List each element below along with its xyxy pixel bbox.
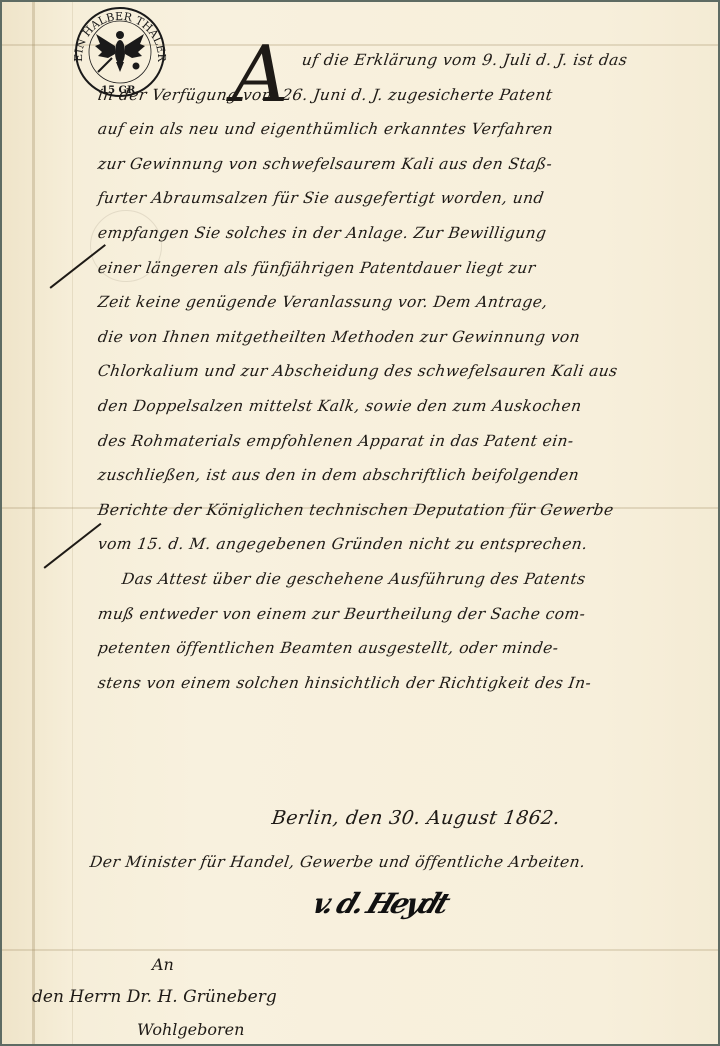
body-line: Chlorkalium und zur Abscheidung des schw… [97,362,619,380]
body-line: zuschließen, ist aus den in dem abschrif… [97,466,581,484]
body-line: uf die Erklärung vom 9. Juli d. J. ist d… [301,51,629,69]
fold-crease-vertical [32,2,35,1046]
body-line: einer längeren als fünfjährigen Patentda… [97,259,537,277]
body-line: des Rohmaterials empfohlenen Apparat in … [97,432,575,450]
body-line: den Doppelsalzen mittelst Kalk, sowie de… [97,397,583,415]
body-line: muß entweder von einem zur Beurtheilung … [97,605,587,623]
body-line: stens von einem solchen hinsichtlich der… [97,674,593,692]
fold-crease-horizontal [2,949,720,951]
body-line: Berichte der Königlichen technischen Dep… [97,501,615,519]
body-line: in der Verfügung vom 26. Juni d. J. zuge… [97,86,554,104]
place-date: Berlin, den 30. August 1862. [270,807,561,829]
address-prefix: An [152,955,174,974]
sender-title: Der Minister für Handel, Gewerbe und öff… [89,853,587,871]
decorative-initial: A [232,30,288,120]
body-line: furter Abraumsalzen für Sie ausgefertigt… [97,189,545,207]
tax-stamp-icon: EIN HALBER THALER 15 GR. [68,4,172,98]
body-line: auf ein als neu und eigenthümlich erkann… [97,120,555,138]
body-line: empfangen Sie solches in der Anlage. Zur… [97,224,548,242]
body-line: Das Attest über die geschehene Ausführun… [121,570,587,588]
body-line: zur Gewinnung von schwefelsaurem Kali au… [97,155,554,173]
letter-page: EIN HALBER THALER 15 GR. A uf die Erklär… [0,0,720,1046]
body-line: die von Ihnen mitgetheilten Methoden zur… [97,328,582,346]
body-line: petenten öffentlichen Beamten ausgestell… [97,639,560,657]
body-line: vom 15. d. M. angegebenen Gründen nicht … [97,535,589,553]
fold-crease-vertical-2 [72,2,73,1046]
body-line: Zeit keine genügende Veranlassung vor. D… [97,293,549,311]
address-honorific: Wohlgeboren [137,1020,244,1039]
signature: v. d. Heydt [308,887,452,920]
address-recipient: den Herrn Dr. H. Grüneberg [32,987,277,1007]
